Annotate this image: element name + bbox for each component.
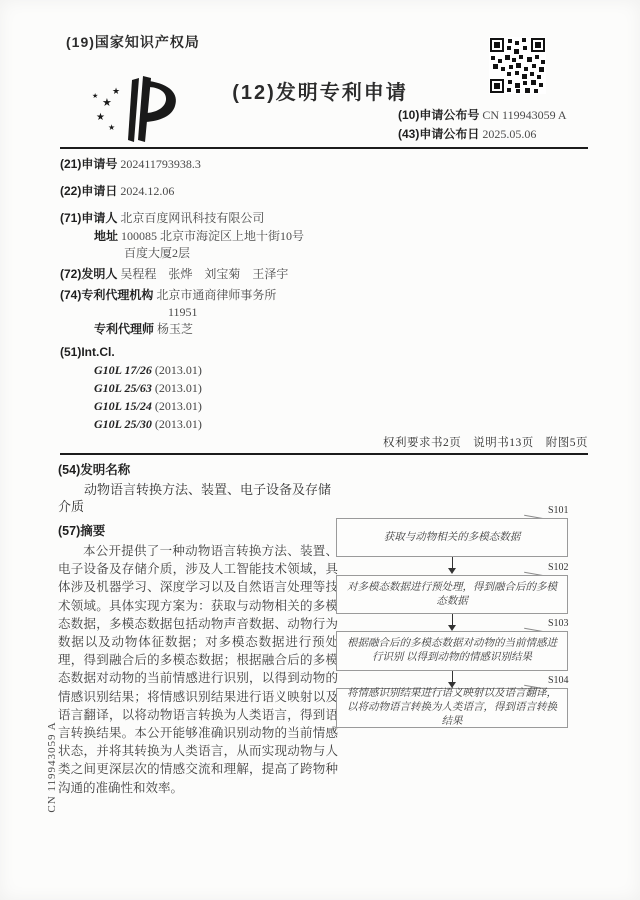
address-line1: 100085 北京市海淀区上地十街10号: [121, 229, 304, 243]
flow-step-box-2: 对多模态数据进行预处理，得到融合后的多模态数据: [336, 575, 568, 614]
header-divider: [60, 147, 588, 149]
agency-label: (74)专利代理机构: [60, 288, 153, 302]
invention-title-label: (54)发明名称: [58, 460, 338, 478]
agency-code: 11951: [168, 305, 198, 319]
arrow-down-icon: [448, 671, 456, 688]
pages-count-info: 权利要求书2页 说明书13页 附图5页: [260, 434, 588, 450]
pub-number-label: (10)申请公布号: [398, 108, 479, 122]
agency-value: 北京市通商律师事务所: [156, 288, 276, 302]
arrow-down-icon: [448, 614, 456, 631]
pub-date-value: 2025.05.06: [482, 127, 536, 141]
classification-code: G10L 17/26: [94, 363, 152, 377]
title-abstract-column: (54)发明名称 动物语言转换方法、装置、电子设备及存储介质 (57)摘要 本公…: [58, 460, 338, 797]
applicant-value: 北京百度网讯科技有限公司: [120, 211, 264, 225]
app-date-value: 2024.12.06: [120, 184, 174, 198]
address-line2: 百度大厦2层: [124, 246, 190, 260]
patent-office-name: (19)国家知识产权局: [66, 32, 200, 52]
flow-step-box-3: 根据融合后的多模态数据对动物的当前情感进行识别 以得到动物的情感识别结果: [336, 631, 568, 671]
classification-code: G10L 25/30: [94, 417, 152, 431]
inventors-value: 吴程程 张烨 刘宝菊 王泽宇: [120, 267, 288, 281]
patent-front-page: (19)国家知识产权局 ★ ★ ★ ★ ★ (12)发明专利申请: [0, 0, 640, 900]
svg-text:★: ★: [92, 92, 98, 100]
svg-text:★: ★: [112, 86, 120, 96]
bibliographic-block: (21)申请号 202411793938.3 (22)申请日 2024.12.0…: [60, 150, 360, 433]
abstract-flowchart: S101 获取与动物相关的多模态数据 S102 对多模态数据进行预处理，得到融合…: [336, 503, 588, 743]
classification-code: G10L 25/63: [94, 381, 152, 395]
side-vertical-pub-number: CN 119943059 A: [46, 700, 60, 834]
document-type-title: (12)发明专利申请: [190, 76, 450, 105]
app-date-label: (22)申请日: [60, 184, 117, 198]
step-label-s101: S101: [548, 505, 588, 516]
arrow-down-icon: [448, 557, 456, 574]
inventors-label: (72)发明人: [60, 267, 117, 281]
flow-step-box-1: 获取与动物相关的多模态数据: [336, 518, 568, 557]
step-label-s104: S104: [548, 675, 588, 686]
step-label-s102: S102: [548, 562, 588, 573]
applicant-label: (71)申请人: [60, 211, 117, 225]
app-number-label: (21)申请号: [60, 157, 117, 171]
step-label-s103: S103: [548, 618, 588, 629]
intcl-label: (51)Int.Cl.: [60, 345, 115, 359]
app-number-value: 202411793938.3: [120, 157, 201, 171]
address-label: 地址: [94, 229, 118, 243]
agent-label: 专利代理师: [94, 322, 154, 336]
abstract-label: (57)摘要: [58, 521, 338, 539]
classification-date: (2013.01): [155, 417, 202, 431]
classification-code: G10L 15/24: [94, 399, 152, 413]
classification-date: (2013.01): [155, 363, 202, 377]
svg-text:★: ★: [102, 97, 112, 109]
flow-step-box-4: 将情感识别结果进行语义映射以及语言翻译，以将动物语言转换为人类语言，得到语言转换…: [336, 688, 568, 728]
classification-date: (2013.01): [155, 381, 202, 395]
classification-date: (2013.01): [155, 399, 202, 413]
qr-code-icon: [489, 37, 546, 94]
svg-text:★: ★: [96, 112, 105, 123]
agent-value: 杨玉芝: [157, 322, 193, 336]
cnipa-logo-icon: ★ ★ ★ ★ ★: [82, 68, 186, 152]
pub-number-value: CN 119943059 A: [482, 108, 566, 122]
invention-title: 动物语言转换方法、装置、电子设备及存储介质: [58, 481, 338, 515]
abstract-text: 本公开提供了一种动物语言转换方法、装置、电子设备及存储介质，涉及人工智能技术领域…: [58, 542, 338, 797]
svg-text:★: ★: [108, 123, 115, 132]
section-divider: [60, 453, 588, 455]
pub-date-label: (43)申请公布日: [398, 127, 479, 141]
publication-info: (10)申请公布号 CN 119943059 A (43)申请公布日 2025.…: [398, 106, 588, 144]
